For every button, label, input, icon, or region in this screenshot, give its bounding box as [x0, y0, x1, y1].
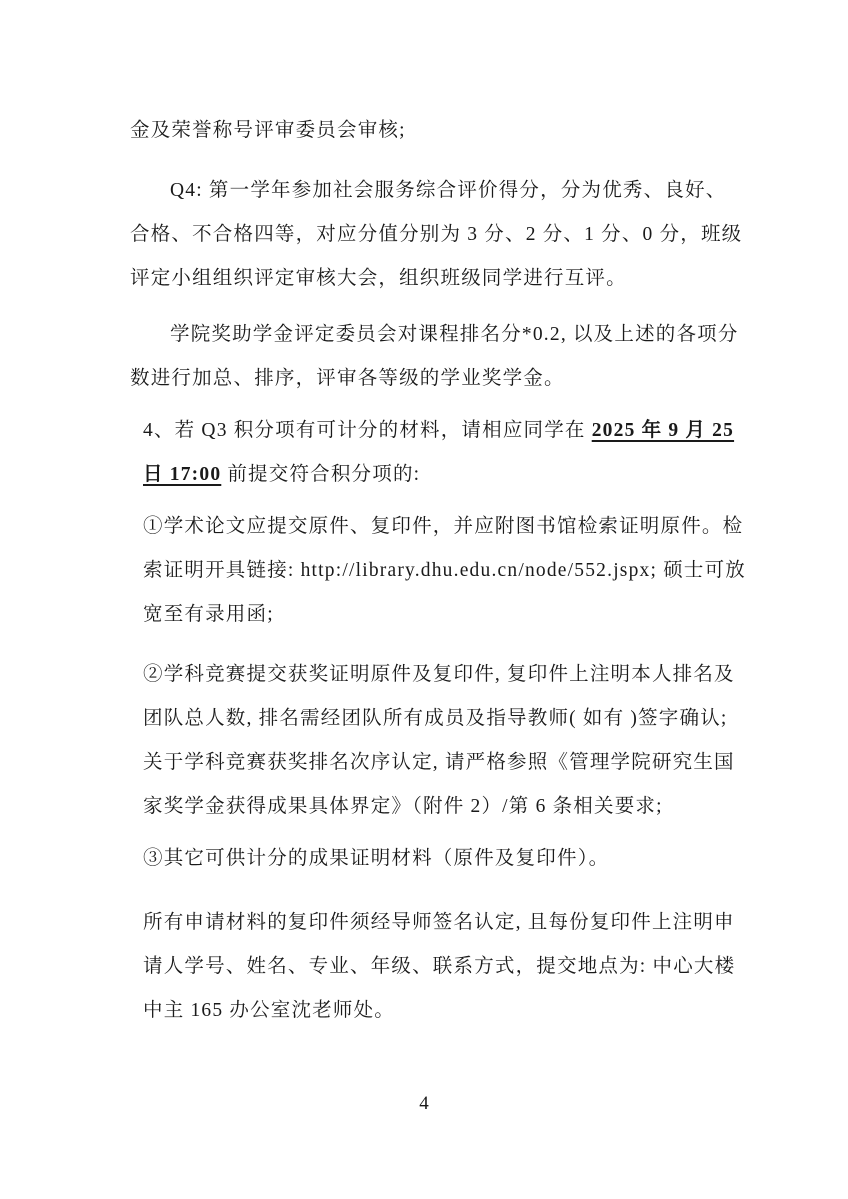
item-4-text: 4、若 Q3 积分项有可计分的材料，请相应同学在	[143, 420, 592, 441]
submission-line: 请人学号、姓名、专业、年级、联系方式，提交地点为: 中心大楼	[143, 954, 733, 980]
paragraph-committee-line: 学院奖助学金评定委员会对课程排名分*0.2, 以及上述的各项分	[170, 322, 760, 348]
item-paper-line: 索证明开具链接: http://library.dhu.edu.cn/node/…	[143, 558, 733, 584]
submission-line: 中主 165 办公室沈老师处。	[143, 998, 733, 1024]
item-paper-line: ①学术论文应提交原件、复印件，并应附图书馆检索证明原件。检	[143, 514, 733, 540]
paragraph-line: 金及荣誉称号评审委员会审核;	[130, 118, 720, 144]
item-paper-text: 索证明开具链接:	[143, 560, 301, 581]
page-number: 4	[0, 1092, 848, 1116]
item-competition-line: ②学科竞赛提交获奖证明原件及复印件, 复印件上注明本人排名及	[143, 662, 733, 688]
item-competition-line: 团队总人数, 排名需经团队所有成员及指导教师( 如有 )签字确认;	[143, 706, 733, 732]
item-other-line: ③其它可供计分的成果证明材料（原件及复印件）。	[143, 846, 733, 872]
deadline-date: 2025 年 9 月 25	[592, 420, 734, 441]
submission-line: 所有申请材料的复印件须经导师签名认定, 且每份复印件上注明申	[143, 910, 733, 936]
library-link[interactable]: http://library.dhu.edu.cn/node/552.jspx	[301, 560, 651, 581]
item-4-text: 前提交符合积分项的:	[221, 464, 420, 485]
paragraph-q4-line: 评定小组组织评定审核大会，组织班级同学进行互评。	[130, 266, 720, 292]
item-competition-line: 家奖学金获得成果具体界定》（附件 2）/第 6 条相关要求;	[143, 794, 733, 820]
item-paper-line: 宽至有录用函;	[143, 602, 733, 628]
paragraph-committee-line: 数进行加总、排序，评审各等级的学业奖学金。	[130, 366, 720, 392]
paragraph-q4-line: 合格、不合格四等，对应分值分别为 3 分、2 分、1 分、0 分，班级	[130, 222, 720, 248]
document-page: 金及荣誉称号评审委员会审核; Q4: 第一学年参加社会服务综合评价得分，分为优秀…	[0, 0, 848, 1199]
item-4-line: 4、若 Q3 积分项有可计分的材料，请相应同学在 2025 年 9 月 25	[143, 418, 733, 444]
deadline-time: 日 17:00	[143, 464, 221, 485]
paragraph-q4-line: Q4: 第一学年参加社会服务综合评价得分，分为优秀、良好、	[170, 178, 760, 204]
item-competition-line: 关于学科竞赛获奖排名次序认定, 请严格参照《管理学院研究生国	[143, 750, 733, 776]
item-paper-text: ; 硕士可放	[651, 560, 747, 581]
item-4-line: 日 17:00 前提交符合积分项的:	[143, 462, 733, 488]
